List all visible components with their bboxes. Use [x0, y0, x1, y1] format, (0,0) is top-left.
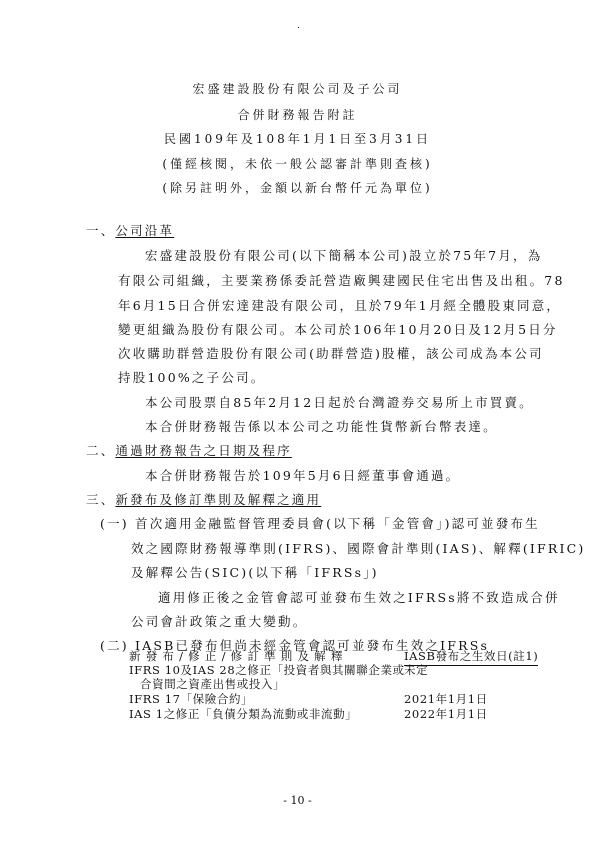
section-1-heading: 一、公司沿革 [86, 221, 174, 239]
paragraph-line: 有限公司組織，主要業務係委託營造廠興建國民住宅出售及出租。78 [118, 271, 565, 289]
subsection-1-line: (一) 首次適用金融監督管理委員會(以下稱「金管會」)認可並發布生 [100, 514, 540, 532]
company-name: 宏盛建設股份有限公司及子公司 [0, 80, 595, 97]
section-3-heading: 三、新發布及修訂準則及解釋之適用 [86, 490, 321, 508]
table-row-effective-date: 未定 [404, 662, 428, 678]
paragraph-line: 本公司股票自85年2月12日起於台灣證券交易所上市買賣。 [145, 393, 534, 411]
paragraph-line: 持股100%之子公司。 [118, 368, 265, 386]
report-title: 合併財務報告附註 [0, 106, 595, 123]
scan-artifact-dot [298, 27, 299, 28]
section-title: 通過財務報告之日期及程序 [115, 443, 291, 458]
paragraph-line: 年6月15日合併宏達建設有限公司，且於79年1月經全體股東同意， [118, 296, 561, 314]
section-title: 公司沿革 [115, 223, 174, 238]
paragraph-line: 宏盛建設股份有限公司(以下簡稱本公司)設立於75年7月，為 [145, 246, 542, 264]
unit-note: (除另註明外，金額以新台幣仟元為單位) [0, 179, 595, 196]
subsection-number: (二) [100, 638, 129, 653]
section-title: 新發布及修訂準則及解釋之適用 [115, 492, 321, 507]
paragraph-line: 變更組織為股份有限公司。本公司於106年10月20日及12月5日分 [118, 320, 558, 338]
review-note: (僅經核閱，未依一般公認審計準則查核) [0, 155, 595, 172]
section-number: 一、 [86, 223, 115, 238]
page-number: - 10 - [0, 794, 595, 807]
table-row-standard: IAS 1之修正「負債分類為流動或非流動」 [129, 706, 357, 722]
subsection-text: 首次適用金融監督管理委員會(以下稱「金管會」)認可並發布生 [135, 516, 540, 531]
section-number: 二、 [86, 443, 115, 458]
paragraph-line: 效之國際財務報導準則(IFRS)、國際會計準則(IAS)、解釋(IFRIC) [131, 539, 586, 557]
report-period: 民國109年及108年1月1日至3月31日 [0, 130, 595, 147]
paragraph-line: 本合併財務報告係以本公司之功能性貨幣新台幣表達。 [145, 417, 498, 435]
paragraph-line: 及解釋公告(SIC)(以下稱「IFRSs」) [131, 563, 379, 581]
paragraph-line: 本合併財務報告於109年5月6日經董事會通過。 [145, 466, 460, 484]
section-2-heading: 二、通過財務報告之日期及程序 [86, 441, 292, 459]
subsection-number: (一) [100, 516, 129, 531]
table-row-standard-cont: 合資間之資產出售或投入」 [140, 676, 285, 692]
paragraph-line: 公司會計政策之重大變動。 [131, 612, 307, 630]
table-row-effective-date: 2021年1月1日 [404, 691, 488, 707]
table-row-standard: IFRS 17「保險合約」 [129, 691, 253, 707]
paragraph-line: 次收購助群營造股份有限公司(助群營造)股權，該公司成為本公司 [118, 344, 544, 362]
paragraph-line: 適用修正後之金管會認可並發布生效之IFRSs將不致造成合併 [158, 588, 560, 606]
table-row-effective-date: 2022年1月1日 [404, 706, 488, 722]
section-number: 三、 [86, 492, 115, 507]
